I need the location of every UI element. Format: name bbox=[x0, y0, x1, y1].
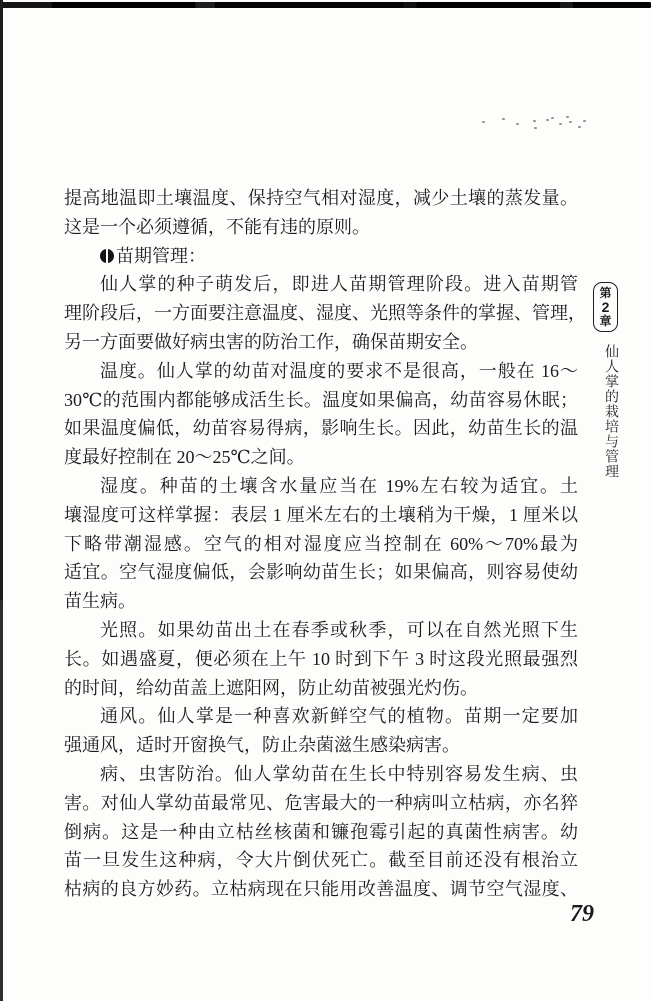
body-line: 仙人掌的种子萌发后，即进人苗期管理阶段。进入苗期管 bbox=[64, 270, 578, 299]
scan-edge-left-band bbox=[0, 0, 3, 1001]
chapter-tab: 第 2 章 bbox=[593, 282, 618, 332]
scan-speck bbox=[559, 123, 562, 125]
page-number: 79 bbox=[570, 901, 594, 928]
body-line: 下略带潮湿感。空气的相对湿度应当控制在 60%～70%最为 bbox=[64, 530, 578, 559]
body-line: 的时间，给幼苗盖上遮阳网，防止幼苗被强光灼伤。 bbox=[64, 674, 578, 703]
body-line: 温度。仙人掌的幼苗对温度的要求不是很高，一般在 16～ bbox=[64, 357, 578, 386]
body-line: 苗生病。 bbox=[64, 587, 578, 616]
body-line: 如果温度偏低，幼苗容易得病，影响生长。因此，幼苗生长的温 bbox=[64, 414, 578, 443]
body-line: 适宜。空气湿度偏低，会影响幼苗生长；如果偏高，则容易使幼 bbox=[64, 558, 578, 587]
body-line: 苗一旦发生这种病，令大片倒伏死亡。截至目前还没有根治立 bbox=[64, 846, 578, 875]
scan-speck bbox=[569, 121, 572, 123]
scan-edge-top-band bbox=[0, 2, 651, 8]
body-line: 倒病。这是一种由立枯丝核菌和镰孢霉引起的真菌性病害。幼 bbox=[64, 818, 578, 847]
scan-speck bbox=[533, 120, 536, 122]
body-line: 这是一个必须遵循，不能有违的原则。 bbox=[64, 213, 578, 242]
scan-speck bbox=[502, 118, 505, 120]
chapter-number: 2 bbox=[602, 300, 610, 314]
body-line: 长。如遇盛夏，便必须在上午 10 时到下午 3 时这段光照最强烈 bbox=[64, 645, 578, 674]
body-line: 湿度。种苗的土壤含水量应当在 19%左右较为适宜。土 bbox=[64, 472, 578, 501]
body-text: 提高地温即土壤温度、保持空气相对湿度，减少土壤的蒸发量。这是一个必须遵循，不能有… bbox=[64, 184, 578, 904]
chapter-prefix: 第 bbox=[599, 286, 611, 300]
body-line: 30℃的范围内都能够成活生长。温度如果偏高，幼苗容易休眠； bbox=[64, 386, 578, 415]
chapter-suffix: 章 bbox=[599, 314, 611, 328]
body-line: 壤湿度可这样掌握：表层 1 厘米左右的土壤稍为干燥，1 厘米以 bbox=[64, 501, 578, 530]
body-line: 理阶段后，一方面要注意温度、湿度、光照等条件的掌握、管理， bbox=[64, 299, 578, 328]
body-line: 枯病的良方妙药。立枯病现在只能用改善温度、调节空气湿度、 bbox=[64, 875, 578, 904]
section-bullet-icon bbox=[100, 249, 114, 263]
scan-speck bbox=[578, 126, 581, 128]
body-line: 通风。仙人掌是一种喜欢新鲜空气的植物。苗期一定要加 bbox=[64, 702, 578, 731]
scan-speck bbox=[546, 119, 549, 121]
scan-speck bbox=[551, 117, 554, 119]
scan-speck bbox=[534, 127, 537, 129]
scan-speck bbox=[566, 116, 569, 118]
chapter-title-vertical: 仙人掌的栽培与管理 bbox=[600, 344, 620, 479]
scanned-book-page: 提高地温即土壤温度、保持空气相对湿度，减少土壤的蒸发量。这是一个必须遵循，不能有… bbox=[0, 0, 651, 1001]
body-line: 光照。如果幼苗出土在春季或秋季，可以在自然光照下生 bbox=[64, 616, 578, 645]
body-line: 病、虫害防治。仙人掌幼苗在生长中特别容易发生病、虫 bbox=[64, 760, 578, 789]
body-line: 另一方面要做好病虫害的防治工作，确保苗期安全。 bbox=[64, 328, 578, 357]
scan-speck bbox=[482, 121, 485, 123]
body-line: 害。对仙人掌幼苗最常见、危害最大的一种病叫立枯病，亦名猝 bbox=[64, 789, 578, 818]
body-line: 苗期管理： bbox=[64, 242, 578, 271]
scan-speck bbox=[583, 120, 586, 122]
body-line: 提高地温即土壤温度、保持空气相对湿度，减少土壤的蒸发量。 bbox=[64, 184, 578, 213]
body-line: 强通风，适时开窗换气，防止杂菌滋生感染病害。 bbox=[64, 731, 578, 760]
scan-speck bbox=[516, 123, 519, 125]
body-line: 度最好控制在 20～25℃之间。 bbox=[64, 443, 578, 472]
